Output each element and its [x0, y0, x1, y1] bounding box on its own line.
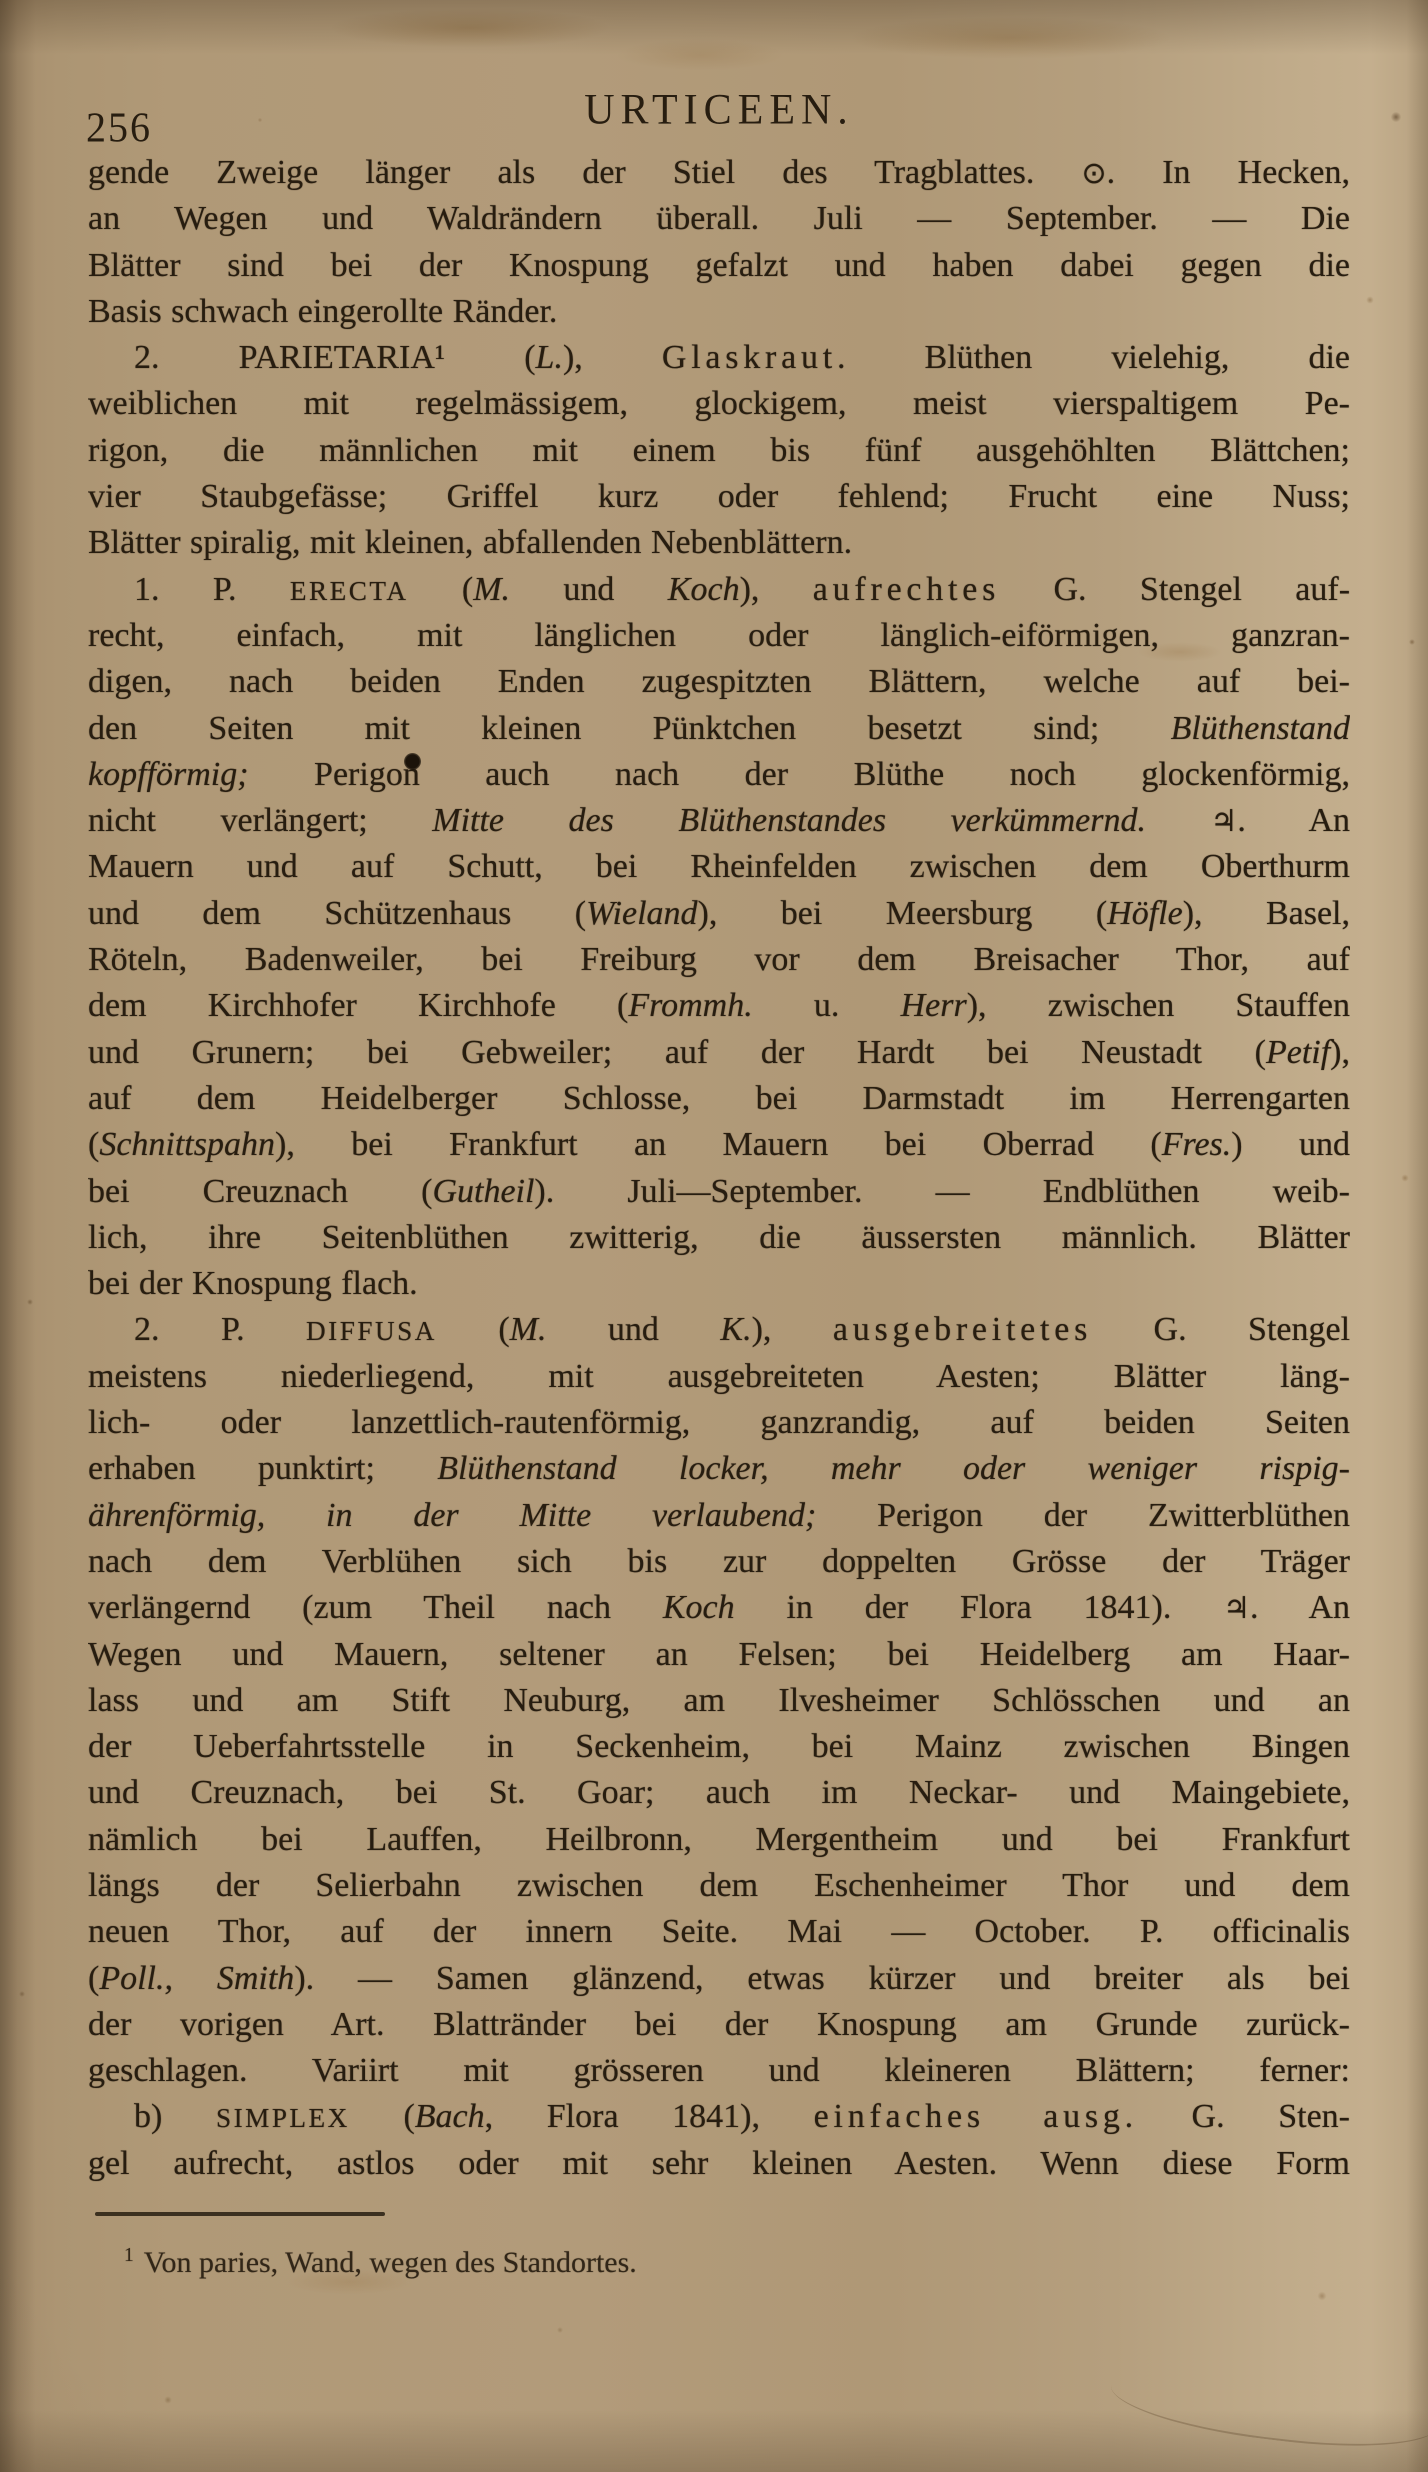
text-line: rigon, die männlichen mit einem bis fünf…	[88, 428, 1350, 474]
text-line: b) SIMPLEX (Bach, Flora 1841), einfaches…	[88, 2094, 1350, 2140]
text-line: 2. P. DIFFUSA (M. und K.), ausgebreitete…	[88, 1307, 1350, 1353]
text-line: und dem Schützenhaus (Wieland), bei Meer…	[88, 891, 1350, 937]
perennial-sign-icon: ♃	[1211, 804, 1238, 839]
text-line: und Grunern; bei Gebweiler; auf der Hard…	[88, 1030, 1350, 1076]
ink-blot	[404, 753, 421, 770]
text-line: auf dem Heidelberger Schlosse, bei Darms…	[88, 1076, 1350, 1122]
text-line: an Wegen und Waldrändern überall. Juli —…	[88, 196, 1350, 242]
footnote-text: Von paries, Wand, wegen des Standortes.	[144, 2246, 637, 2279]
text-line: nicht verlängert; Mitte des Blüthenstand…	[88, 798, 1350, 844]
text-line: Basis schwach eingerollte Ränder.	[88, 289, 1350, 335]
text-line: 1. P. ERECTA (M. und Koch), aufrechtes G…	[88, 567, 1350, 613]
text-line: Blätter sind bei der Knospung gefalzt un…	[88, 243, 1350, 289]
text-line: nämlich bei Lauffen, Heilbronn, Mergenth…	[88, 1817, 1350, 1863]
text-line: erhaben punktirt; Blüthenstand locker, m…	[88, 1446, 1350, 1492]
page-crease	[1107, 2348, 1428, 2460]
text-line: meistens niederliegend, mit ausgebreitet…	[88, 1354, 1350, 1400]
text-line: gel aufrecht, astlos oder mit sehr klein…	[88, 2141, 1350, 2187]
text-line: der Ueberfahrtsstelle in Seckenheim, bei…	[88, 1724, 1350, 1770]
text-line: und Creuznach, bei St. Goar; auch im Nec…	[88, 1770, 1350, 1816]
running-head-title: URTICEEN.	[88, 85, 1350, 135]
text-line: gende Zweige länger als der Stiel des Tr…	[88, 150, 1350, 196]
text-line: lich, ihre Seitenblüthen zwitterig, die …	[88, 1215, 1350, 1261]
text-line: lass und am Stift Neuburg, am Ilvesheime…	[88, 1678, 1350, 1724]
text-line: den Seiten mit kleinen Pünktchen besetzt…	[88, 706, 1350, 752]
text-line: ährenförmig, in der Mitte verlaubend; Pe…	[88, 1493, 1350, 1539]
text-line: (Schnittspahn), bei Frankfurt an Mauern …	[88, 1122, 1350, 1168]
text-line: bei der Knospung flach.	[88, 1261, 1350, 1307]
text-line: kopfförmig; Perigon auch nach der Blüthe…	[88, 752, 1350, 798]
text-line: (Poll., Smith). — Samen glänzend, etwas …	[88, 1956, 1350, 2002]
text-line: dem Kirchhofer Kirchhofe (Frommh. u. Her…	[88, 983, 1350, 1029]
text-line: 2. PARIETARIA¹ (L.), Glaskraut. Blüthen …	[88, 335, 1350, 381]
text-line: längs der Selierbahn zwischen dem Eschen…	[88, 1863, 1350, 1909]
footnote-mark: 1	[124, 2245, 134, 2266]
footnote-rule	[95, 2212, 385, 2216]
text-line: weiblichen mit regelmässigem, glockigem,…	[88, 381, 1350, 427]
text-line: Blätter spiralig, mit kleinen, abfallend…	[88, 520, 1350, 566]
text-line: Mauern und auf Schutt, bei Rheinfelden z…	[88, 844, 1350, 890]
footnote: 1Von paries, Wand, wegen des Standortes.	[124, 2236, 1324, 2283]
text-line: bei Creuznach (Gutheil). Juli—September.…	[88, 1169, 1350, 1215]
perennial-sign-icon: ♃	[1223, 1591, 1250, 1626]
text-line: der vorigen Art. Blattränder bei der Kno…	[88, 2002, 1350, 2048]
text-line: Wegen und Mauern, seltener an Felsen; be…	[88, 1632, 1350, 1678]
book-page-scan: 256 URTICEEN. gende Zweige länger als de…	[0, 0, 1428, 2472]
text-line: nach dem Verblühen sich bis zur doppelte…	[88, 1539, 1350, 1585]
text-line: digen, nach beiden Enden zugespitzten Bl…	[88, 659, 1350, 705]
text-line: Röteln, Badenweiler, bei Freiburg vor de…	[88, 937, 1350, 983]
text-line: verlängernd (zum Theil nach Koch in der …	[88, 1585, 1350, 1631]
text-line: geschlagen. Variirt mit grösseren und kl…	[88, 2048, 1350, 2094]
text-line: recht, einfach, mit länglichen oder läng…	[88, 613, 1350, 659]
text-line: lich- oder lanzettlich-rautenförmig, gan…	[88, 1400, 1350, 1446]
body-text: gende Zweige länger als der Stiel des Tr…	[88, 150, 1350, 2187]
text-line: vier Staubgefässe; Griffel kurz oder feh…	[88, 474, 1350, 520]
annual-sign-icon: ⊙	[1082, 156, 1107, 191]
text-line: neuen Thor, auf der innern Seite. Mai — …	[88, 1909, 1350, 1955]
